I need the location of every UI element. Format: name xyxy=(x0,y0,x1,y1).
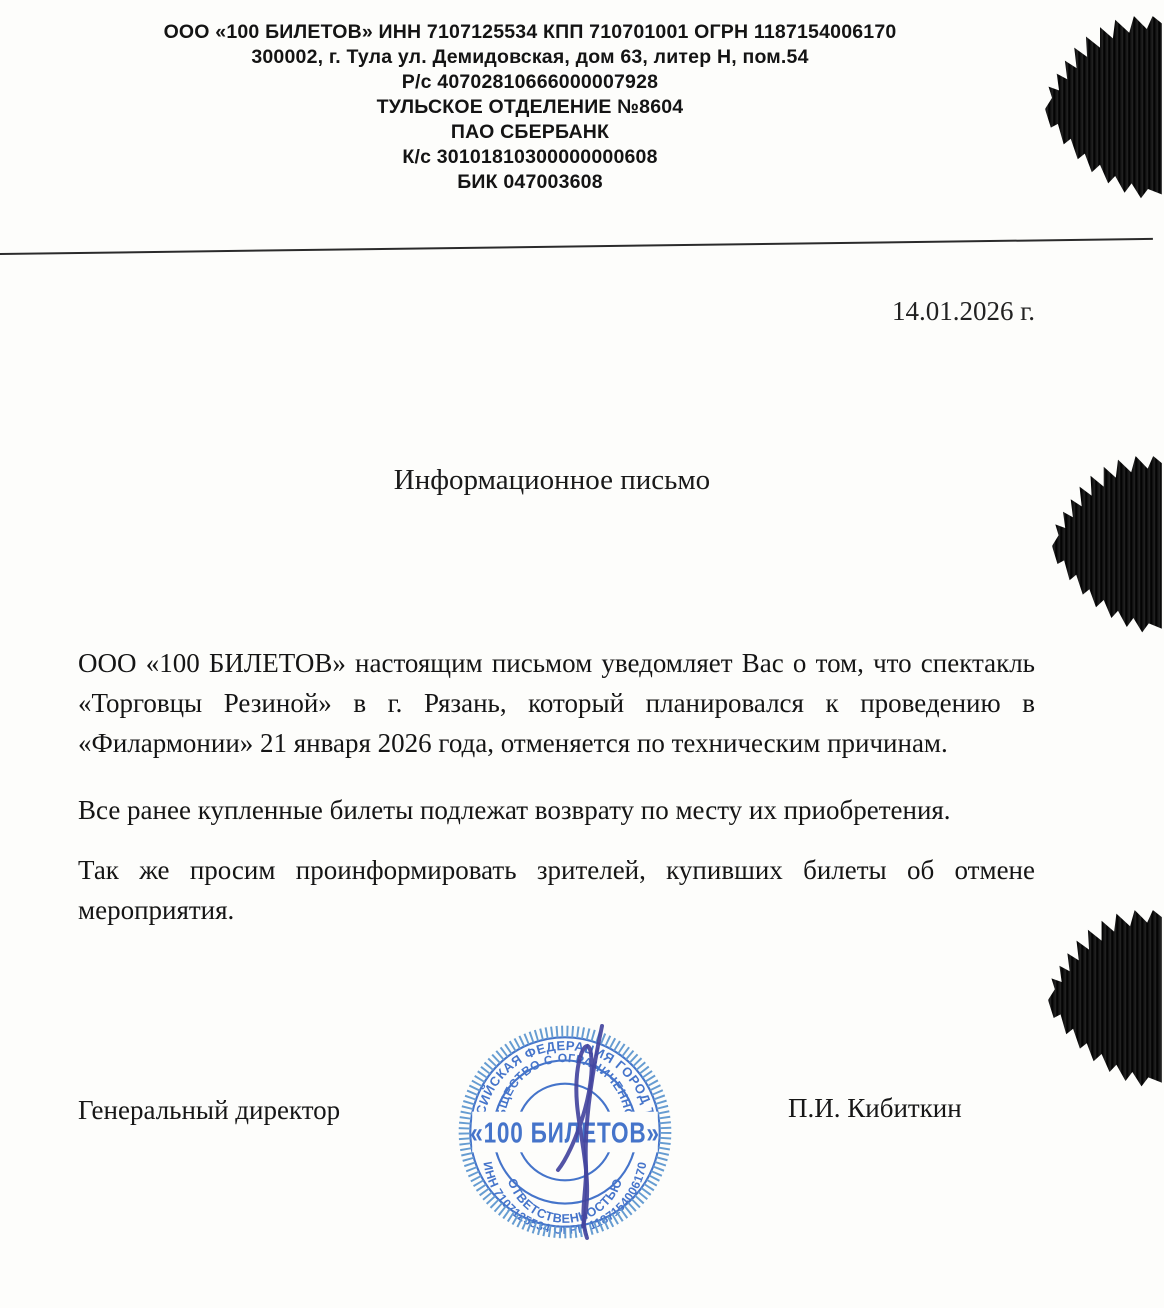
letterhead-line-corr-account: К/с 30101810300000000608 xyxy=(0,145,1060,170)
scan-line-artifact xyxy=(0,238,1153,255)
letterhead-line-branch: ТУЛЬСКОЕ ОТДЕЛЕНИЕ №8604 xyxy=(0,95,1060,120)
director-name: П.И. Кибиткин xyxy=(788,1093,962,1124)
letter-title: Информационное письмо xyxy=(0,464,1104,497)
letterhead-line-address: 300002, г. Тула ул. Демидовская, дом 63,… xyxy=(0,45,1060,70)
paragraph-cancellation: ООО «100 БИЛЕТОВ» настоящим письмом увед… xyxy=(78,643,1035,763)
director-title: Генеральный директор xyxy=(78,1095,340,1126)
letter-body: ООО «100 БИЛЕТОВ» настоящим письмом увед… xyxy=(78,643,1035,957)
letterhead-block: ООО «100 БИЛЕТОВ» ИНН 7107125534 КПП 710… xyxy=(0,20,1060,195)
letterhead-line-account: Р/с 40702810666000007928 xyxy=(0,70,1060,95)
signature xyxy=(538,1018,658,1253)
scan-blob-artifact-bottom-right xyxy=(1048,910,1162,1090)
letterhead-line-company: ООО «100 БИЛЕТОВ» ИНН 7107125534 КПП 710… xyxy=(0,20,1060,45)
letter-date: 14.01.2026 г. xyxy=(892,296,1035,327)
scan-blob-artifact-top-right xyxy=(1045,16,1162,202)
letterhead-line-bik: БИК 047003608 xyxy=(0,170,1060,195)
letterhead-line-bank: ПАО СБЕРБАНК xyxy=(0,120,1060,145)
paragraph-inform-audience: Так же просим проинформировать зрителей,… xyxy=(78,850,1035,930)
paragraph-refund: Все ранее купленные билеты подлежат возв… xyxy=(78,790,1035,830)
scanned-letter-page: ООО «100 БИЛЕТОВ» ИНН 7107125534 КПП 710… xyxy=(0,0,1164,1308)
